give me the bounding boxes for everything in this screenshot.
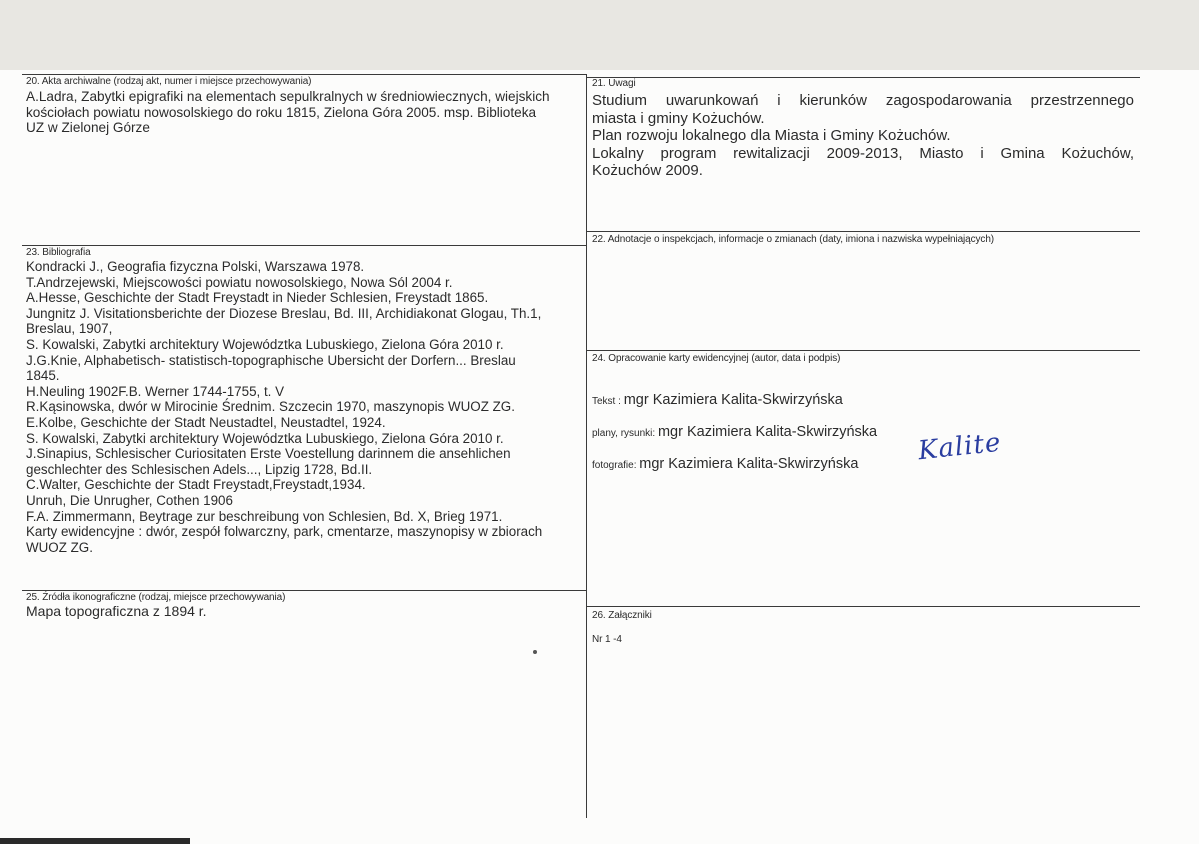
section-20-label: 20. Akta archiwalne (rodzaj akt, numer i… bbox=[26, 76, 311, 88]
text-line: Plan rozwoju lokalnego dla Miasta i Gmin… bbox=[592, 127, 1134, 145]
section-25-content: Mapa topograficzna z 1894 r. bbox=[26, 604, 207, 620]
bibliography-entry: Kondracki J., Geografia fizyczna Polski,… bbox=[26, 259, 542, 275]
bibliography-entry: WUOZ ZG. bbox=[26, 540, 542, 556]
bibliography-entry: geschlechter des Schlesischen Adels..., … bbox=[26, 462, 542, 478]
author-row-text: Tekst : mgr Kazimiera Kalita-Skwirzyńska bbox=[592, 391, 843, 409]
author-role: fotografie: bbox=[592, 460, 639, 471]
bibliography-entry: 1845. bbox=[26, 368, 542, 384]
divider-23 bbox=[22, 245, 587, 246]
section-23-label: 23. Bibliografia bbox=[26, 247, 91, 259]
section-23-content: Kondracki J., Geografia fizyczna Polski,… bbox=[26, 259, 542, 555]
section-21-label: 21. Uwagi bbox=[592, 78, 636, 90]
scanner-edge bbox=[0, 838, 190, 844]
section-21-content: Studium uwarunkowań i kierunków zagospod… bbox=[592, 92, 1134, 180]
scanner-top-margin bbox=[0, 0, 1199, 71]
bibliography-entry: T.Andrzejewski, Miejscowości powiatu now… bbox=[26, 275, 542, 291]
text-line: Mapa topograficzna z 1894 r. bbox=[26, 604, 207, 620]
section-24-label: 24. Opracowanie karty ewidencyjnej (auto… bbox=[592, 353, 840, 365]
divider-25 bbox=[22, 590, 587, 591]
divider-24 bbox=[587, 350, 1140, 351]
bibliography-entry: S. Kowalski, Zabytki architektury Wojewó… bbox=[26, 337, 542, 353]
bibliography-entry: Breslau, 1907, bbox=[26, 321, 542, 337]
author-role: plany, rysunki: bbox=[592, 428, 658, 439]
author-role: Tekst : bbox=[592, 396, 624, 407]
divider-top-left bbox=[22, 74, 587, 75]
bibliography-entry: S. Kowalski, Zabytki architektury Wojewó… bbox=[26, 431, 542, 447]
text-line: Studium uwarunkowań i kierunków zagospod… bbox=[592, 92, 1134, 110]
section-26-label: 26. Załączniki bbox=[592, 610, 652, 622]
bibliography-entry: H.Neuling 1902F.B. Werner 1744-1755, t. … bbox=[26, 384, 542, 400]
divider-22 bbox=[587, 231, 1140, 232]
bibliography-entry: C.Walter, Geschichte der Stadt Freystadt… bbox=[26, 477, 542, 493]
text-line: A.Ladra, Zabytki epigrafiki na elementac… bbox=[26, 89, 550, 105]
divider-top-right bbox=[587, 77, 1140, 78]
text-line: Lokalny program rewitalizacji 2009-2013,… bbox=[592, 145, 1134, 163]
bibliography-entry: Unruh, Die Unrugher, Cothen 1906 bbox=[26, 493, 542, 509]
author-name: mgr Kazimiera Kalita-Skwirzyńska bbox=[639, 456, 858, 472]
bibliography-entry: A.Hesse, Geschichte der Stadt Freystadt … bbox=[26, 290, 542, 306]
author-name: mgr Kazimiera Kalita-Skwirzyńska bbox=[624, 392, 843, 408]
text-line: UZ w Zielonej Górze bbox=[26, 120, 550, 136]
bibliography-entry: J.Sinapius, Schlesischer Curiositaten Er… bbox=[26, 446, 542, 462]
author-row-photos: fotografie: mgr Kazimiera Kalita-Skwirzy… bbox=[592, 455, 858, 473]
text-line: miasta i gminy Kożuchów. bbox=[592, 110, 1134, 128]
bibliography-entry: E.Kolbe, Geschichte der Stadt Neustadtel… bbox=[26, 415, 542, 431]
bibliography-entry: R.Kąsinowska, dwór w Mirocinie Średnim. … bbox=[26, 399, 542, 415]
section-22-label: 22. Adnotacje o inspekcjach, informacje … bbox=[592, 234, 994, 246]
scan-speck bbox=[533, 650, 537, 654]
section-20-content: A.Ladra, Zabytki epigrafiki na elementac… bbox=[26, 89, 550, 136]
author-name: mgr Kazimiera Kalita-Skwirzyńska bbox=[658, 424, 877, 440]
divider-26 bbox=[587, 606, 1140, 607]
text-line: Kożuchów 2009. bbox=[592, 162, 1134, 180]
bibliography-entry: F.A. Zimmermann, Beytrage zur beschreibu… bbox=[26, 509, 542, 525]
bibliography-entry: Jungnitz J. Visitationsberichte der Dioz… bbox=[26, 306, 542, 322]
column-divider bbox=[586, 74, 587, 818]
bibliography-entry: J.G.Knie, Alphabetisch- statistisch-topo… bbox=[26, 353, 542, 369]
author-row-drawings: plany, rysunki: mgr Kazimiera Kalita-Skw… bbox=[592, 423, 877, 441]
text-line: kościołach powiatu nowosolskiego do roku… bbox=[26, 105, 550, 121]
section-26-value: Nr 1 -4 bbox=[592, 634, 622, 646]
bibliography-entry: Karty ewidencyjne : dwór, zespół folwarc… bbox=[26, 524, 542, 540]
